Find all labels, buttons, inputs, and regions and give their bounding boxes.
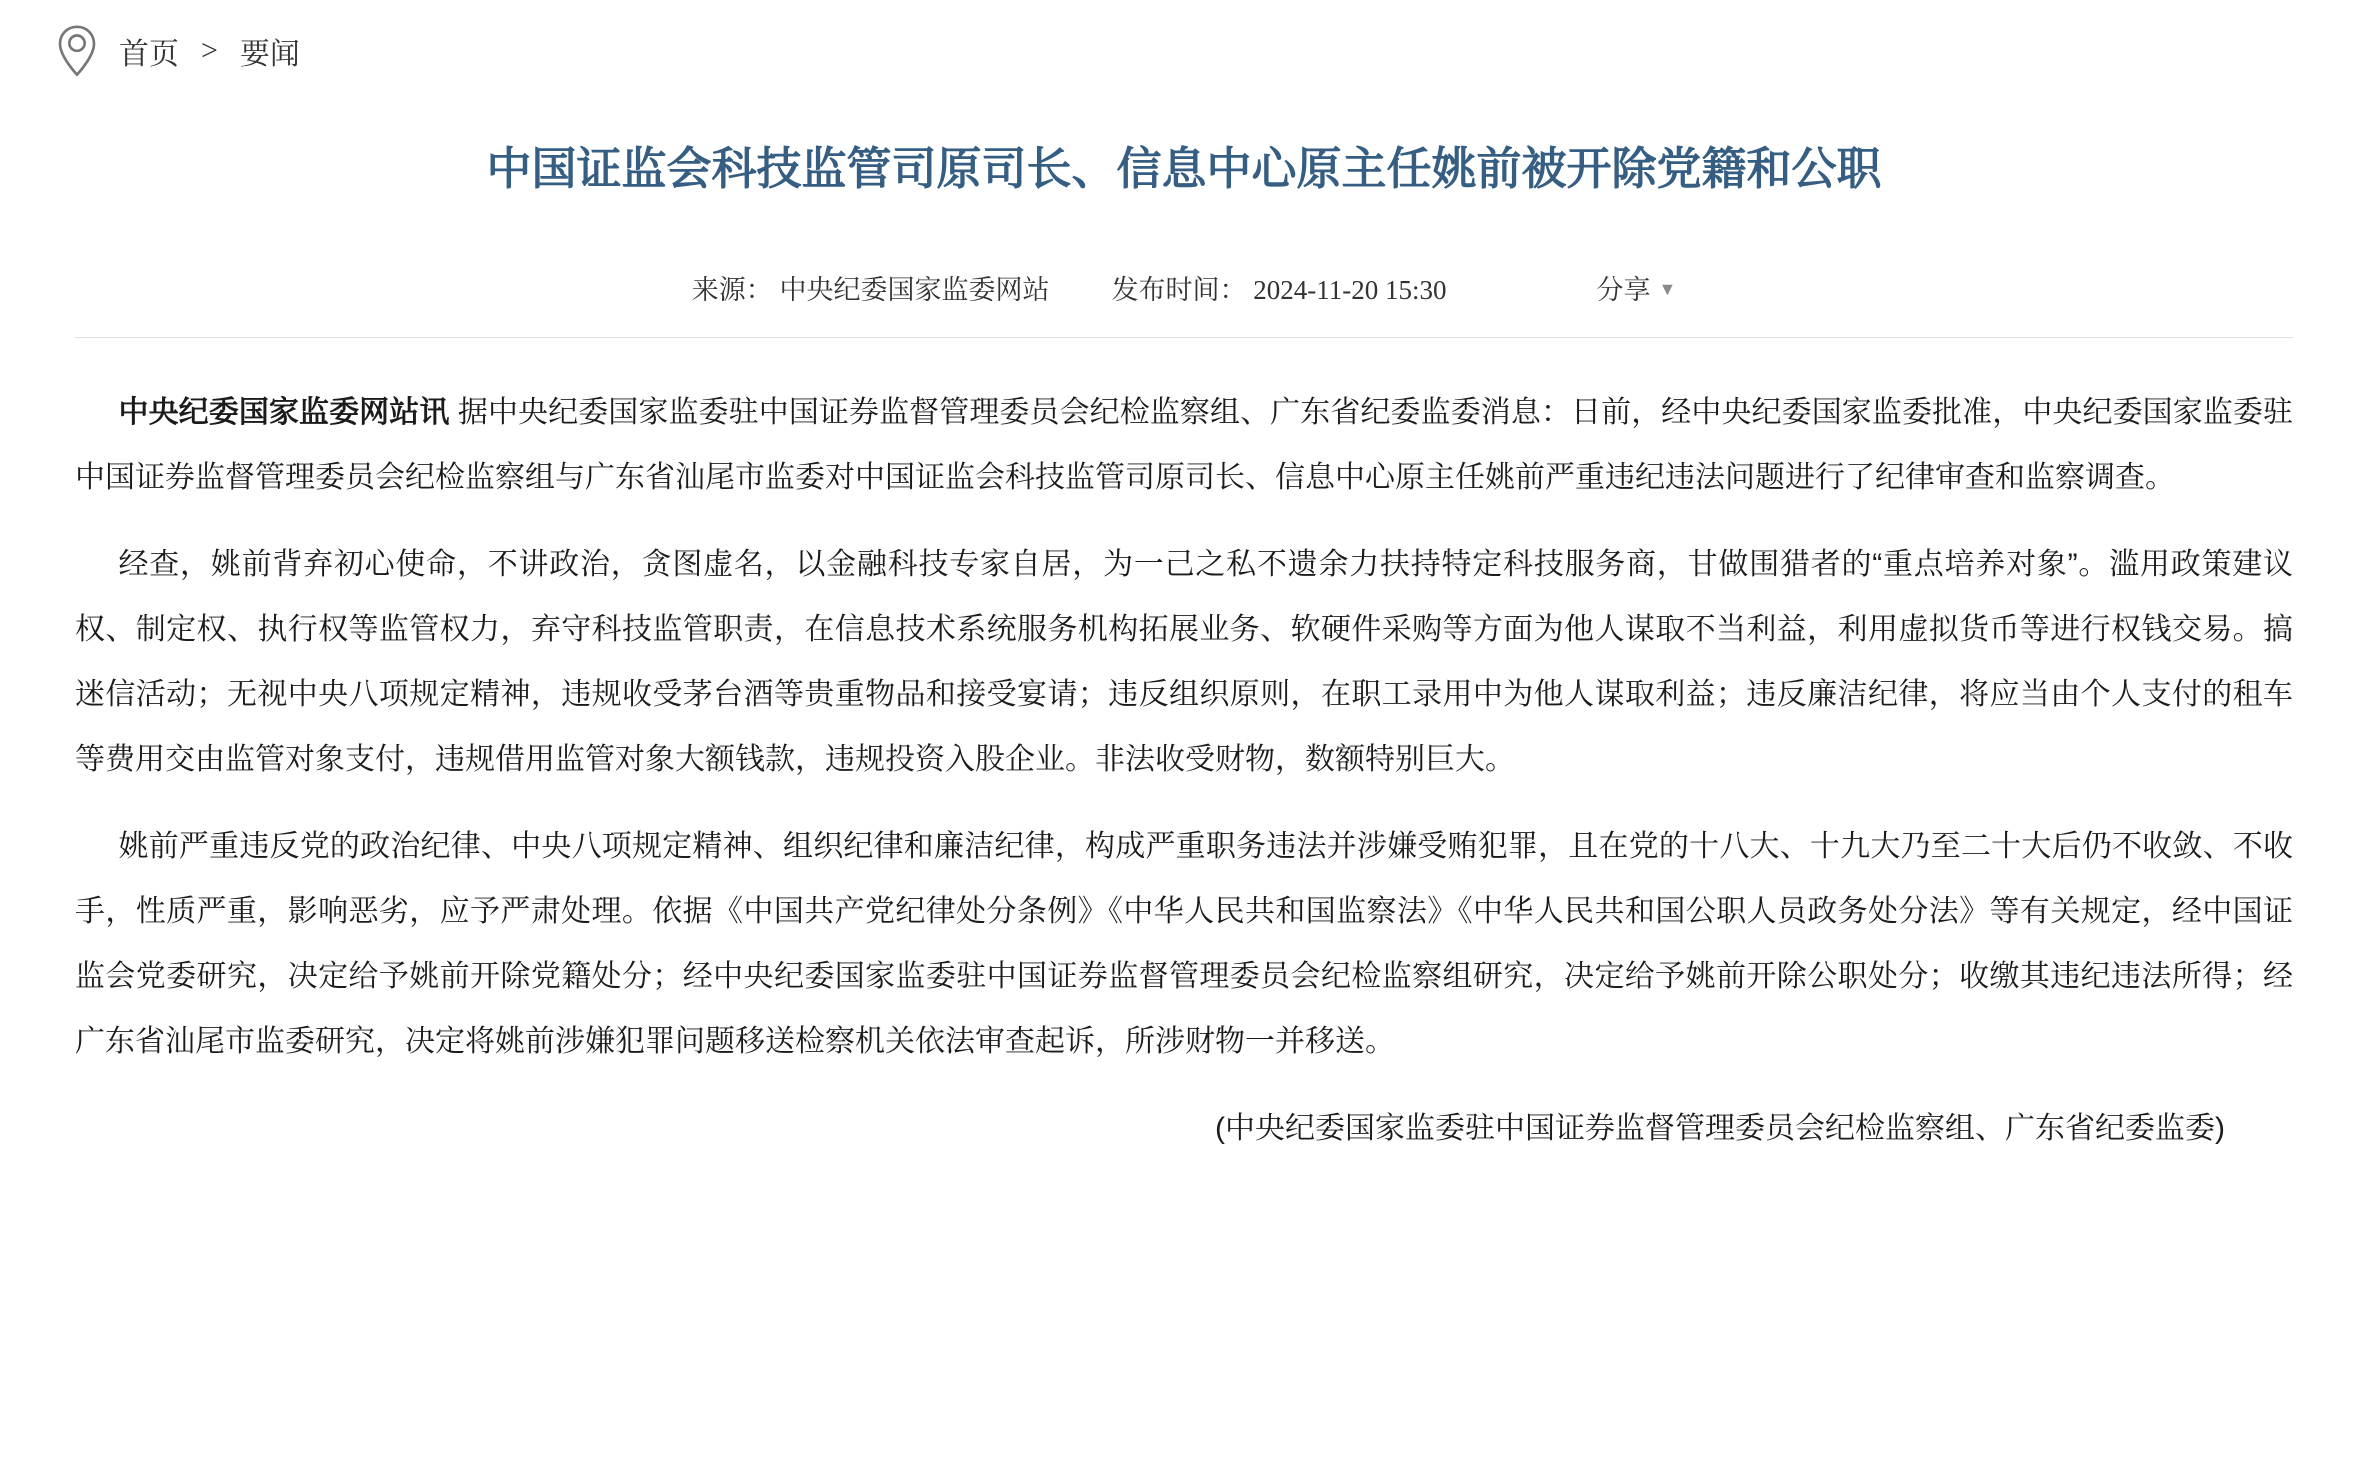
paragraph-1: 中央纪委国家监委网站讯 据中央纪委国家监委驻中国证券监督管理委员会纪检监察组、广… — [75, 380, 2293, 510]
source-field: 来源： 中央纪委国家监委网站 — [692, 268, 1050, 307]
publish-time-label: 发布时间： — [1111, 275, 1246, 305]
paragraph-2: 经查，姚前背弃初心使命，不讲政治，贪图虚名，以金融科技专家自居，为一己之私不遗余… — [75, 532, 2293, 792]
paragraph-3: 姚前严重违反党的政治纪律、中央八项规定精神、组织纪律和廉洁纪律，构成严重职务违法… — [75, 814, 2293, 1074]
publish-time-value: 2024-11-20 15:30 — [1253, 275, 1446, 305]
share-button[interactable]: 分享 ▼ — [1596, 268, 1676, 307]
source-label: 来源： — [692, 275, 773, 305]
publish-time-field: 发布时间： 2024-11-20 15:30 — [1111, 268, 1446, 307]
share-caret-icon: ▼ — [1658, 279, 1676, 300]
page-title: 中国证监会科技监管司原司长、信息中心原主任姚前被开除党籍和公职 — [75, 142, 2293, 196]
breadcrumb-home[interactable]: 首页 — [119, 29, 179, 73]
meta-divider — [75, 337, 2293, 338]
attribution-line: (中央纪委国家监委驻中国证券监督管理委员会纪检监察组、广东省纪委监委) — [75, 1096, 2293, 1161]
breadcrumb-separator: > — [199, 34, 220, 68]
share-label: 分享 — [1596, 268, 1650, 307]
article-body: 中央纪委国家监委网站讯 据中央纪委国家监委驻中国证券监督管理委员会纪检监察组、广… — [75, 380, 2293, 1161]
source-value: 中央纪委国家监委网站 — [779, 275, 1049, 305]
article-page: 首页 > 要闻 中国证监会科技监管司原司长、信息中心原主任姚前被开除党籍和公职 … — [0, 0, 2368, 1243]
breadcrumb-current[interactable]: 要闻 — [240, 29, 300, 73]
location-pin-icon — [55, 22, 99, 80]
article-meta: 来源： 中央纪委国家监委网站 发布时间： 2024-11-20 15:30 分享… — [75, 268, 2293, 307]
breadcrumb: 首页 > 要闻 — [55, 22, 2293, 80]
paragraph-1-lead: 中央纪委国家监委网站讯 — [119, 396, 450, 429]
